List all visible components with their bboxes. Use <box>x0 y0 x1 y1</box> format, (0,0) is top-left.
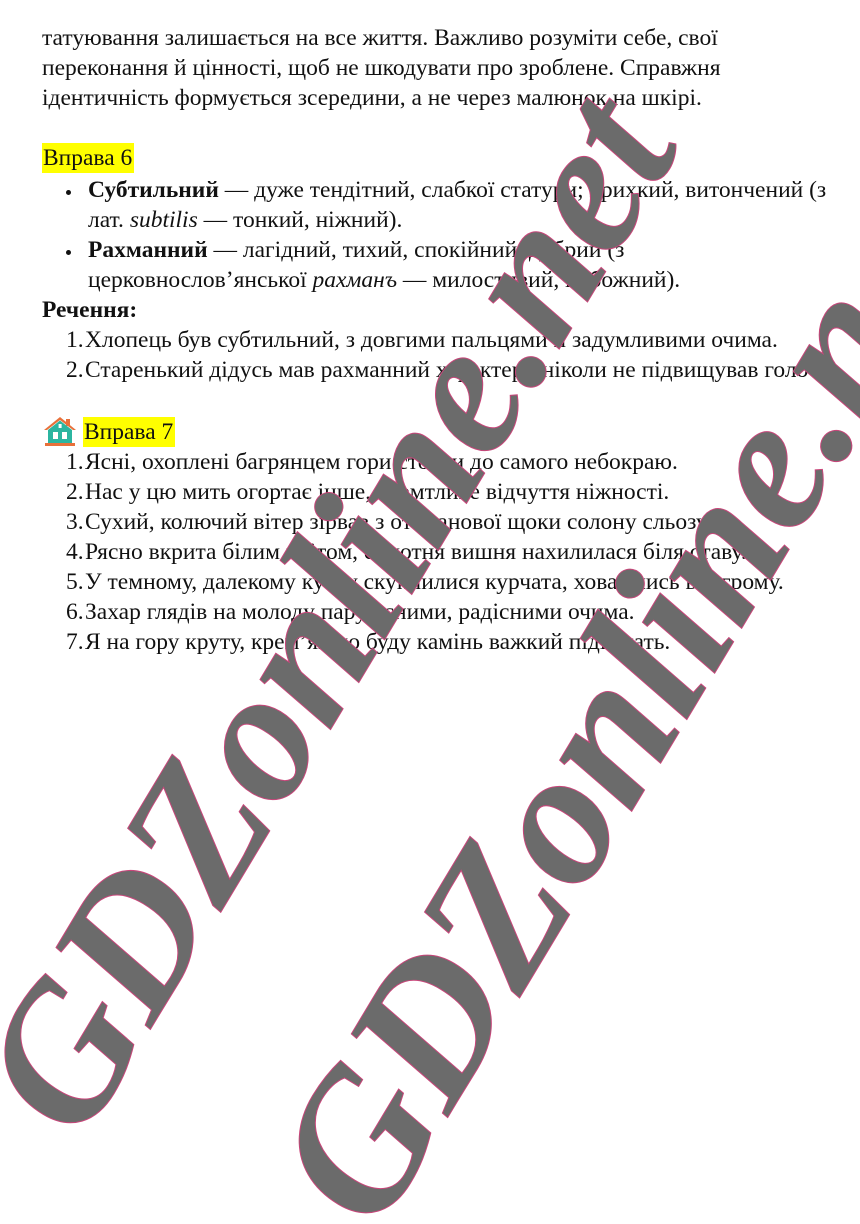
sentence-item: 3.Сухий, колючий вітер зірвав з отаманов… <box>42 507 842 537</box>
sentence-item: 1.Хлопець був субтильний, з довгими паль… <box>42 325 842 355</box>
home-icon <box>41 415 79 447</box>
sentence-item: 5.У темному, далекому кутку скупчилися к… <box>42 567 842 597</box>
sentence-item: 4.Рясно вкрита білим цвітом, самотня виш… <box>42 537 842 567</box>
sentence-number: 4. <box>66 537 84 567</box>
sentence-text: Нас у цю мить огортає інше, тремтливе ві… <box>85 479 669 505</box>
sentence-text: Хлопець був субтильний, з довгими пальця… <box>85 327 778 353</box>
exercise-6-sentences: 1.Хлопець був субтильний, з довгими паль… <box>42 325 842 385</box>
definitions-list: Субтильний — дуже тендітний, слабкої ста… <box>42 175 842 295</box>
definition-etymon: subtilis <box>130 207 198 233</box>
exercise-6: Вправа 6 Субтильний — дуже тендітний, сл… <box>42 143 842 385</box>
sentence-item: 2.Нас у цю мить огортає інше, тремтливе … <box>42 477 842 507</box>
sentence-item: 2.Старенький дідусь мав рахманний характ… <box>42 355 842 385</box>
exercise-7-heading: Вправа 7 <box>83 417 175 447</box>
sentence-item: 7.Я на гору круту, крем’яную буду камінь… <box>42 627 842 657</box>
sentence-number: 1. <box>66 447 84 477</box>
sentence-number: 7. <box>66 627 84 657</box>
sentence-number: 2. <box>66 355 84 385</box>
intro-paragraph: татуювання залишається на все життя. Важ… <box>42 23 842 113</box>
document-content: татуювання залишається на все життя. Важ… <box>42 23 842 657</box>
definition-term: Субтильний <box>88 177 219 203</box>
definition-text: — тонкий, ніжний). <box>198 207 403 233</box>
sentence-number: 1. <box>66 325 84 355</box>
definition-etymon: рахманъ <box>312 267 397 293</box>
sentence-item: 1.Ясні, охоплені багрянцем гори стояли д… <box>42 447 842 477</box>
definition-term: Рахманний <box>88 237 208 263</box>
exercise-7-heading-row: Вправа 7 <box>42 415 842 447</box>
sentence-item: 6.Захар глядів на молоду пару ясними, ра… <box>42 597 842 627</box>
sentence-number: 2. <box>66 477 84 507</box>
exercise-6-heading-row: Вправа 6 <box>42 143 842 173</box>
sentence-text: Старенький дідусь мав рахманний характер… <box>85 357 834 383</box>
sentences-label: Речення: <box>42 295 842 325</box>
document-page: татуювання залишається на все життя. Важ… <box>0 0 860 1224</box>
definition-item: Рахманний — лагідний, тихий, спокійний, … <box>42 235 842 295</box>
sentence-number: 3. <box>66 507 84 537</box>
exercise-6-heading: Вправа 6 <box>42 143 134 173</box>
sentence-number: 5. <box>66 567 84 597</box>
sentence-text: Сухий, колючий вітер зірвав з отаманової… <box>85 509 711 535</box>
sentence-text: Захар глядів на молоду пару ясними, раді… <box>85 599 635 625</box>
sentence-text: Рясно вкрита білим цвітом, самотня вишня… <box>85 539 747 565</box>
sentence-text: Я на гору круту, крем’яную буду камінь в… <box>85 629 670 655</box>
definition-text: — милостивий, побожний). <box>397 267 680 293</box>
sentence-number: 6. <box>66 597 84 627</box>
sentence-text: Ясні, охоплені багрянцем гори стояли до … <box>85 449 678 475</box>
exercise-7: Вправа 7 1.Ясні, охоплені багрянцем гори… <box>42 415 842 657</box>
sentence-text: У темному, далекому кутку скупчилися кур… <box>85 569 784 595</box>
definition-item: Субтильний — дуже тендітний, слабкої ста… <box>42 175 842 235</box>
exercise-7-sentences: 1.Ясні, охоплені багрянцем гори стояли д… <box>42 447 842 657</box>
